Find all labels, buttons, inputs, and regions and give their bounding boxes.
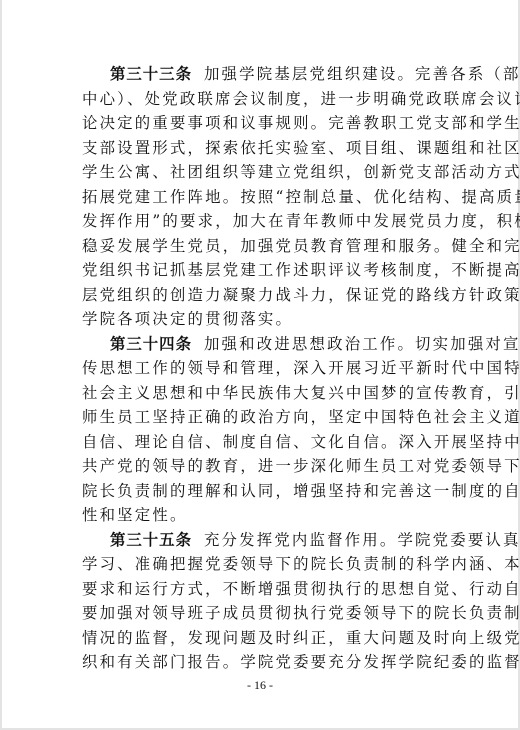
paragraph-line: 学院各项决定的贯彻落实。 xyxy=(82,307,440,332)
paragraph-line: 支部设置形式，探索依托实验室、项目组、课题组和社区、 xyxy=(82,136,440,161)
paragraph-line: 第三十三条加强学院基层党组织建设。完善各系（部、 xyxy=(82,62,440,87)
paragraph-line: 传思想工作的领导和管理，深入开展习近平新时代中国特色 xyxy=(82,356,440,381)
paragraph-line: 社会主义思想和中华民族伟大复兴中国梦的宣传教育，引导 xyxy=(82,381,440,406)
paragraph-line: 自信、理论自信、制度自信、文化自信。深入开展坚持中国 xyxy=(82,430,440,455)
article-34: 第三十四条加强和改进思想政治工作。切实加强对宣 传思想工作的领导和管理，深入开展… xyxy=(82,332,440,528)
paragraph-line: 情况的监督，发现问题及时纠正，重大问题及时向上级党组 xyxy=(82,626,440,651)
paragraph-line: 院长负责制的理解和认同，增强坚持和完善这一制度的自觉 xyxy=(82,479,440,504)
paragraph-line: 学生公寓、社团组织等建立党组织，创新党支部活动方式， xyxy=(82,160,440,185)
article-number: 第三十四条 xyxy=(110,335,192,353)
line-text: 加强学院基层党组织建设。完善各系（部、 xyxy=(204,65,520,83)
line-text: 加强和改进思想政治工作。切实加强对宣 xyxy=(204,335,520,353)
paragraph-line: 学习、准确把握党委领导下的院长负责制的科学内涵、本质 xyxy=(82,552,440,577)
article-35: 第三十五条充分发挥党内监督作用。学院党委要认真 学习、准确把握党委领导下的院长负… xyxy=(82,528,440,675)
paragraph-line: 稳妥发展学生党员，加强党员教育管理和服务。健全和完善 xyxy=(82,234,440,259)
paragraph-line: 要求和运行方式，不断增强贯彻执行的思想自觉、行动自觉。 xyxy=(82,577,440,602)
paragraph-line: 性和坚定性。 xyxy=(82,503,440,528)
article-33: 第三十三条加强学院基层党组织建设。完善各系（部、 中心）、处党政联席会议制度，进… xyxy=(82,62,440,332)
paragraph-line: 发挥作用”的要求，加大在青年教师中发展党员力度，积极 xyxy=(82,209,440,234)
document-page: 第三十三条加强学院基层党组织建设。完善各系（部、 中心）、处党政联席会议制度，进… xyxy=(2,0,518,728)
paragraph-line: 中心）、处党政联席会议制度，进一步明确党政联席会议讨 xyxy=(82,87,440,112)
paragraph-line: 论决定的重要事项和议事规则。完善教职工党支部和学生党 xyxy=(82,111,440,136)
paragraph-line: 拓展党建工作阵地。按照“控制总量、优化结构、提高质量、 xyxy=(82,185,440,210)
paragraph-line: 要加强对领导班子成员贯彻执行党委领导下的院长负责制 xyxy=(82,601,440,626)
article-number: 第三十五条 xyxy=(110,531,192,549)
paragraph-line: 共产党的领导的教育，进一步深化师生员工对党委领导下的 xyxy=(82,454,440,479)
paragraph-line: 师生员工坚持正确的政治方向，坚定中国特色社会主义道路 xyxy=(82,405,440,430)
article-number: 第三十三条 xyxy=(110,65,192,83)
page-body: 第三十三条加强学院基层党组织建设。完善各系（部、 中心）、处党政联席会议制度，进… xyxy=(82,62,440,675)
paragraph-line: 织和有关部门报告。学院党委要充分发挥学院纪委的监督职 xyxy=(82,650,440,675)
paragraph-line: 党组织书记抓基层党建工作述职评议考核制度，不断提高基 xyxy=(82,258,440,283)
line-text: 充分发挥党内监督作用。学院党委要认真 xyxy=(204,531,520,549)
paragraph-line: 层党组织的创造力凝聚力战斗力，保证党的路线方针政策和 xyxy=(82,283,440,308)
page-number: - 16 - xyxy=(2,678,518,693)
paragraph-line: 第三十四条加强和改进思想政治工作。切实加强对宣 xyxy=(82,332,440,357)
paragraph-line: 第三十五条充分发挥党内监督作用。学院党委要认真 xyxy=(82,528,440,553)
